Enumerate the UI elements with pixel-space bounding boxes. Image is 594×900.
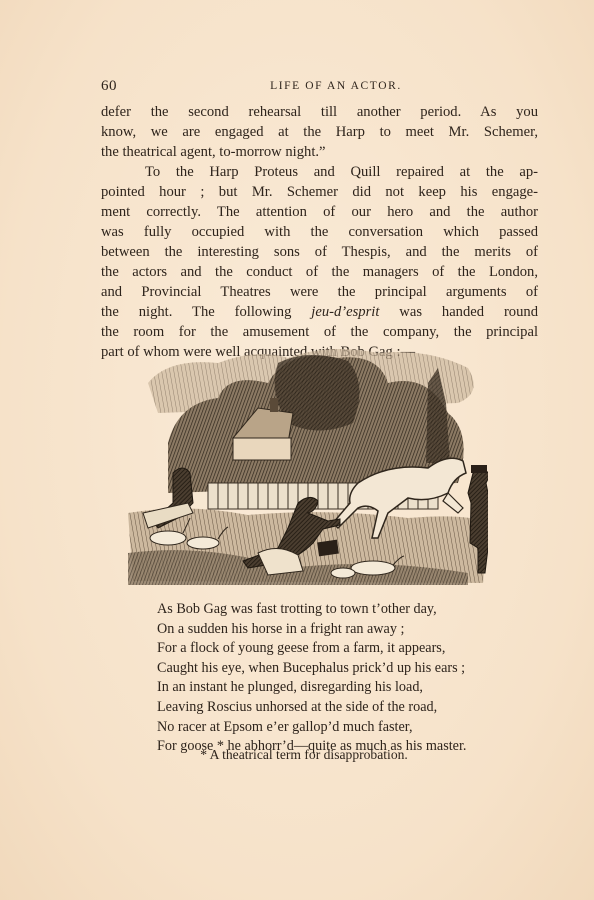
poem: As Bob Gag was fast trotting to town t’o… [157,600,517,757]
book-page: 60 LIFE OF AN ACTOR. defer the second re… [0,0,594,900]
poem-line: For a flock of young geese from a farm, … [157,639,517,659]
text-line: between the interesting sons of Thespis,… [101,242,538,262]
text-line: the room for the amusement of the compan… [101,322,538,342]
poem-line: As Bob Gag was fast trotting to town t’o… [157,600,517,620]
text-line: was fully occupied with the conversation… [101,222,538,242]
poem-line: No racer at Epsom e’er gallop’d much fas… [157,718,517,738]
text-line: the actors and the conduct of the manage… [101,262,538,282]
text-fragment: was handed round [379,304,538,320]
text-line: the night. The following jeu-d’esprit wa… [101,302,538,322]
poem-line: Leaving Roscius unhorsed at the side of … [157,698,517,718]
body-text: defer the second rehearsal till another … [101,102,538,362]
poem-line: Caught his eye, when Bucephalus prick’d … [157,659,517,679]
text-line: To the Harp Proteus and Quill repaired a… [101,162,538,182]
text-line: defer the second rehearsal till another … [101,102,538,122]
text-line: know, we are engaged at the Harp to meet… [101,122,538,142]
poem-line: On a sudden his horse in a fright ran aw… [157,620,517,640]
engraving-illustration [128,343,488,585]
running-title: LIFE OF AN ACTOR. [101,80,541,92]
poem-line: In an instant he plunged, disregarding h… [157,678,517,698]
text-line: ment correctly. The attention of our her… [101,202,538,222]
text-line: and Provincial Theatres were the princip… [101,282,538,302]
text-fragment: the night. The following [101,304,311,320]
running-head: 60 LIFE OF AN ACTOR. [101,78,541,98]
horse-and-geese-engraving [128,343,488,585]
footnote: * A theatrical term for disapprobation. [0,747,594,763]
italic-phrase: jeu-d’esprit [311,304,379,320]
text-line: pointed hour ; but Mr. Schemer did not k… [101,182,538,202]
text-line: the theatrical agent, to-morrow night.” [101,142,538,162]
